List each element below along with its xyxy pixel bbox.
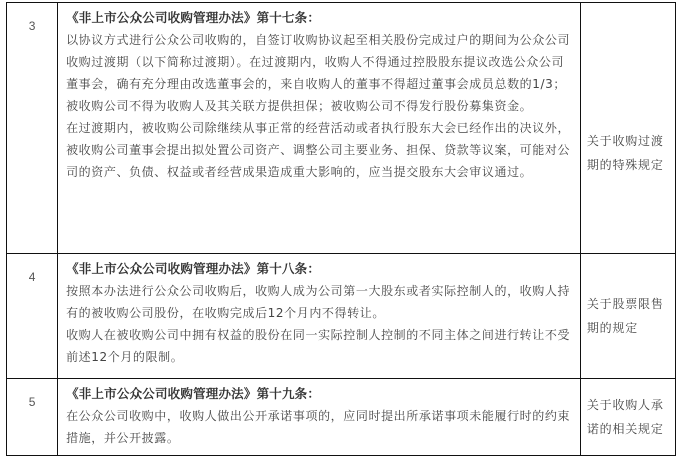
table-row: 4 《非上市公众公司收购管理办法》第十八条： 按照本办法进行公众公司收购后，收购… xyxy=(7,254,676,379)
content-cell: 《非上市公众公司收购管理办法》第十八条： 按照本办法进行公众公司收购后，收购人成… xyxy=(58,254,581,379)
note-text: 关于收购过渡期的特殊规定 xyxy=(587,3,669,177)
note-cell: 关于股票限售期的规定 xyxy=(580,254,675,379)
article-paragraph: 收购人在被收购公司中拥有权益的股份在同一实际控制人控制的不同主体之间进行转让不受… xyxy=(66,324,574,368)
table-row: 3 《非上市公众公司收购管理办法》第十七条： 以协议方式进行公众公司收购的，自签… xyxy=(7,3,676,254)
article-heading: 《非上市公众公司收购管理办法》第十九条： xyxy=(66,383,574,405)
row-number-cell: 3 xyxy=(7,3,58,254)
content-cell: 《非上市公众公司收购管理办法》第十七条： 以协议方式进行公众公司收购的，自签订收… xyxy=(58,3,581,254)
article-heading: 《非上市公众公司收购管理办法》第十七条： xyxy=(66,7,574,29)
content-cell: 《非上市公众公司收购管理办法》第十九条： 在公众公司收购中，收购人做出公开承诺事… xyxy=(58,379,581,456)
note-cell: 关于收购人承诺的相关规定 xyxy=(580,379,675,456)
article-paragraph: 在过渡期内，被收购公司除继续从事正常的经营活动或者执行股东大会已经作出的决议外，… xyxy=(66,117,574,183)
row-number-cell: 5 xyxy=(7,379,58,456)
row-number-cell: 4 xyxy=(7,254,58,379)
row-number: 3 xyxy=(7,3,57,33)
article-paragraph: 以协议方式进行公众公司收购的，自签订收购协议起至相关股份完成过户的期间为公众公司… xyxy=(66,29,574,117)
note-cell: 关于收购过渡期的特殊规定 xyxy=(580,3,675,254)
table-row: 5 《非上市公众公司收购管理办法》第十九条： 在公众公司收购中，收购人做出公开承… xyxy=(7,379,676,456)
article-paragraph: 按照本办法进行公众公司收购后，收购人成为公司第一大股东或者实际控制人的，收购人持… xyxy=(66,280,574,324)
regulation-table: 3 《非上市公众公司收购管理办法》第十七条： 以协议方式进行公众公司收购的，自签… xyxy=(6,2,676,456)
article-paragraph: 在公众公司收购中，收购人做出公开承诺事项的，应同时提出所承诺事项未能履行时的约束… xyxy=(66,405,574,449)
note-text: 关于收购人承诺的相关规定 xyxy=(587,398,664,436)
row-number: 4 xyxy=(7,254,57,284)
row-number: 5 xyxy=(7,379,57,409)
note-text: 关于股票限售期的规定 xyxy=(587,297,664,335)
article-heading: 《非上市公众公司收购管理办法》第十八条： xyxy=(66,258,574,280)
